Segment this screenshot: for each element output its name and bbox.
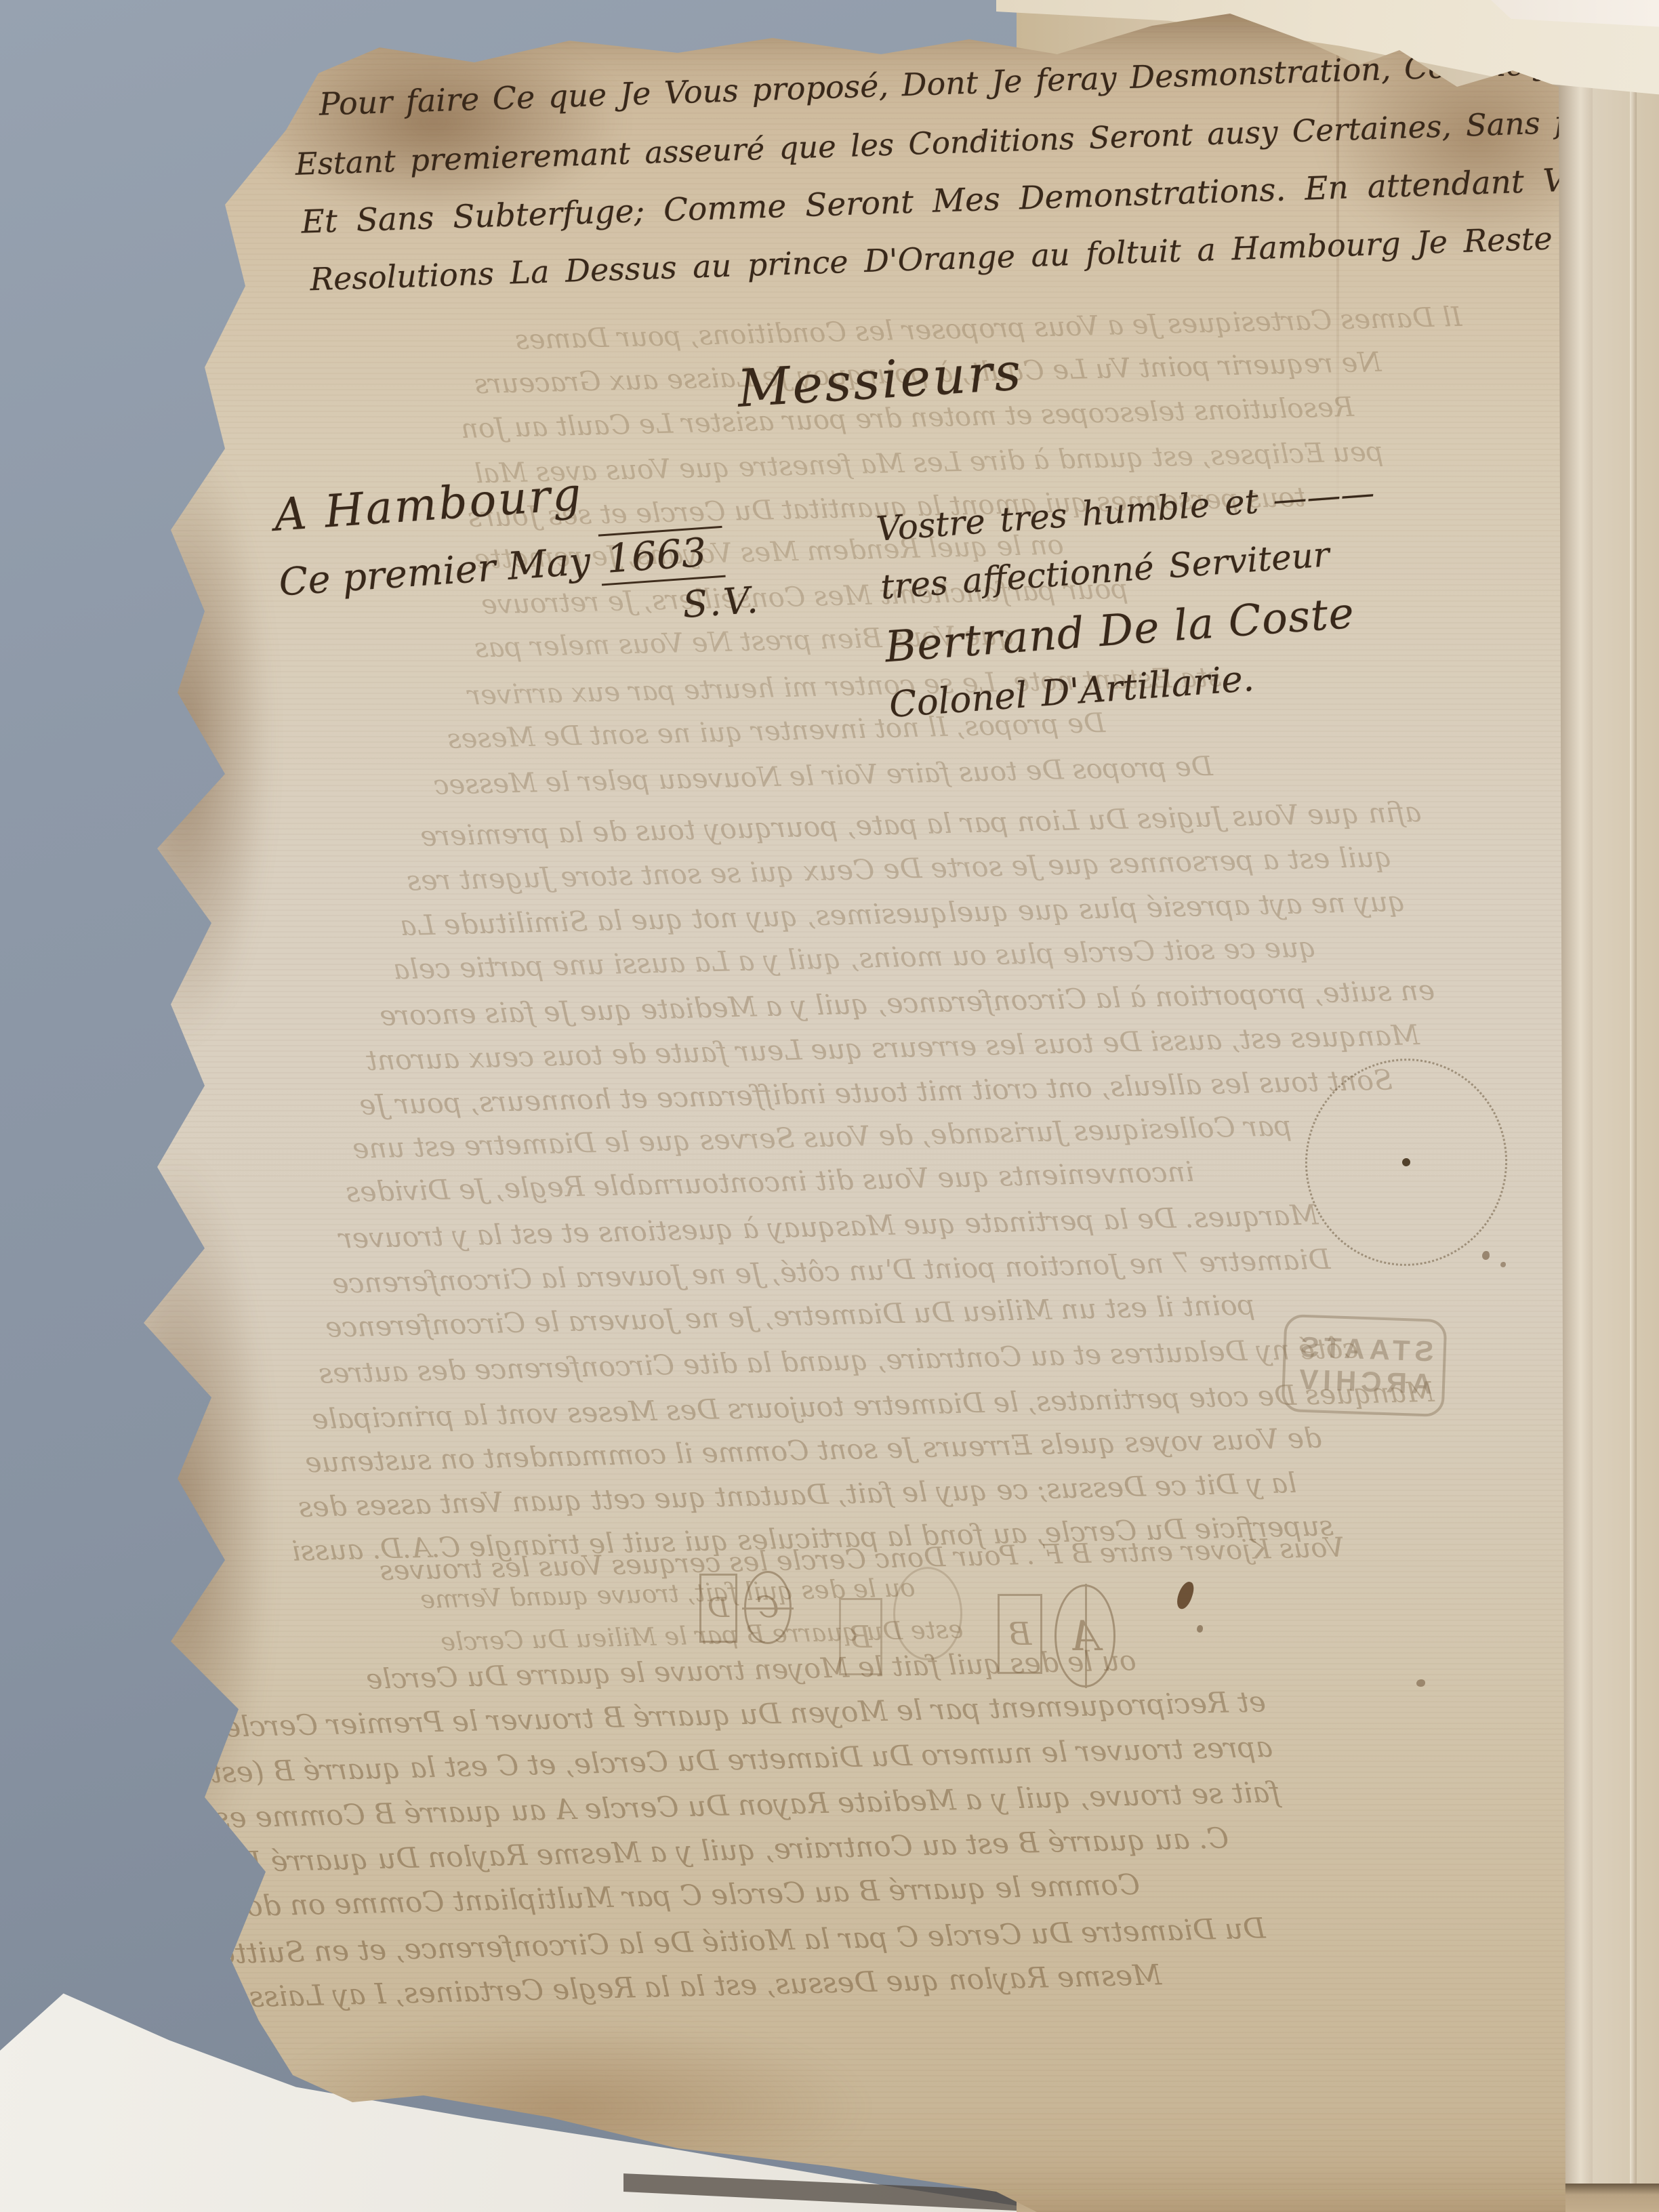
archive-stamp: STAATS ARCHIV xyxy=(1282,1314,1448,1417)
dateline-block: A Hambourg Ce premier May1663 S.V. xyxy=(272,456,762,655)
dateline-initials: S.V. xyxy=(681,578,762,626)
diagram-label: C xyxy=(746,1573,790,1642)
diagram-circle-C: C xyxy=(744,1571,792,1644)
diagram-label: B xyxy=(841,1600,880,1673)
photo-of-manuscript: { "letter": { "opening_lines": [ "Pour f… xyxy=(0,0,1659,2212)
ink-spot xyxy=(1500,1262,1506,1267)
diagram-square-B: B xyxy=(998,1594,1042,1674)
diagram-label: D xyxy=(701,1576,735,1641)
compass-center-dot xyxy=(1401,1158,1411,1167)
paper-right-edge xyxy=(1630,0,1637,2212)
diagram-square-B: B xyxy=(839,1598,882,1675)
ink-spot xyxy=(302,51,323,68)
diagram-label: B xyxy=(1000,1596,1040,1672)
dateline-day: Ce premier May xyxy=(277,539,592,605)
ink-spot xyxy=(1197,1625,1203,1633)
archive-stamp-line1: STAATS xyxy=(1295,1332,1434,1366)
diagram-circle-A: A xyxy=(1054,1584,1115,1687)
manuscript-page: Il Dames Cartesiques Je a Vous proposer … xyxy=(0,0,1659,2212)
ink-spot xyxy=(1416,1679,1425,1687)
dateline-year: 1663 xyxy=(598,526,725,586)
diagram-circle xyxy=(893,1567,962,1660)
archive-stamp-line2: ARCHIV xyxy=(1294,1365,1433,1398)
diagram-square-D: D xyxy=(699,1574,737,1643)
ink-spot xyxy=(1482,1251,1490,1260)
closing-block: Vostre tres humble et ——— tres affection… xyxy=(874,464,1389,733)
diagram-label: A xyxy=(1057,1586,1113,1685)
stain-left-edge-upper xyxy=(95,434,271,1044)
